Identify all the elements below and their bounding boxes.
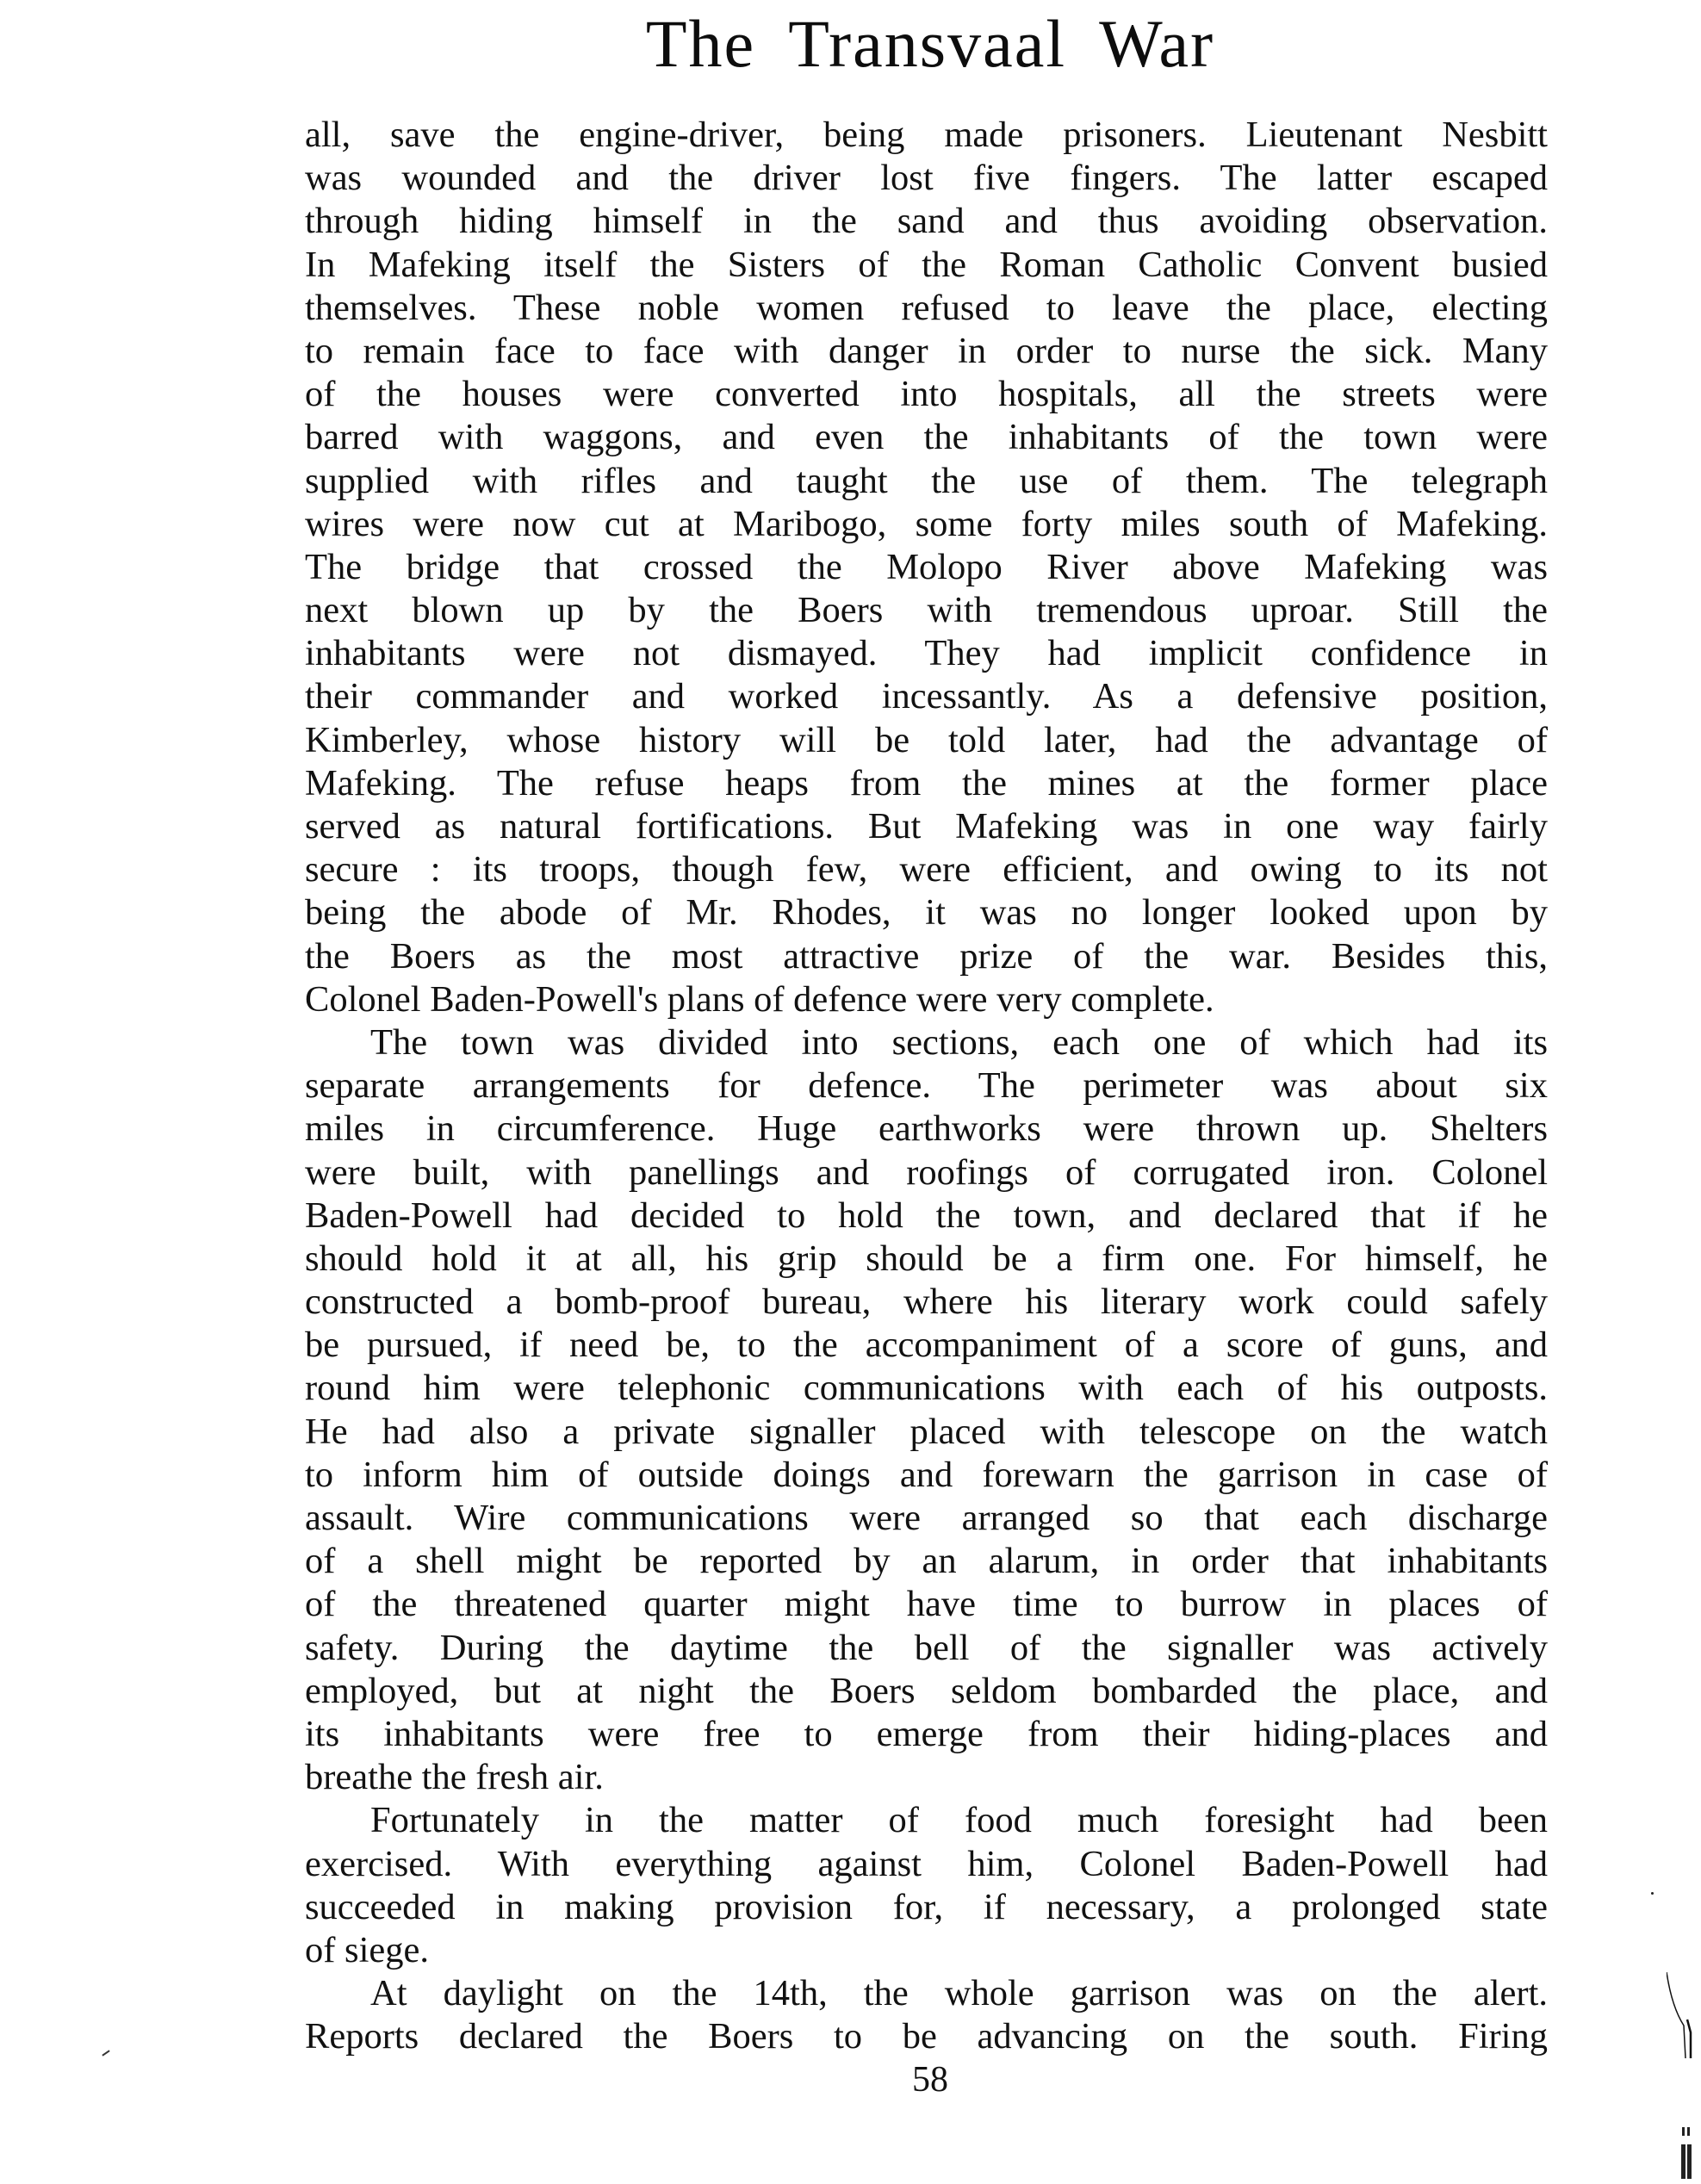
text-line: Kimberley, whose history will be told la… xyxy=(305,719,1548,762)
text-line: all, save the engine-driver, being made … xyxy=(305,114,1548,157)
page-edge-artifact xyxy=(1667,1972,1701,2184)
page-number: 58 xyxy=(0,2058,1701,2101)
text-line: The bridge that crossed the Molopo River… xyxy=(305,546,1548,589)
text-line: assault. Wire communications were arrang… xyxy=(305,1497,1548,1540)
text-line: secure : its troops, though few, were ef… xyxy=(305,848,1548,891)
text-line: should hold it at all, his grip should b… xyxy=(305,1238,1548,1281)
text-line: themselves. These noble women refused to… xyxy=(305,287,1548,330)
text-line: constructed a bomb-proof bureau, where h… xyxy=(305,1281,1548,1324)
text-line: Colonel Baden-Powell's plans of defence … xyxy=(305,978,1548,1021)
text-line: of the threatened quarter might have tim… xyxy=(305,1583,1548,1626)
text-line: barred with waggons, and even the inhabi… xyxy=(305,416,1548,459)
text-line: Reports declared the Boers to be advanci… xyxy=(305,2015,1548,2058)
paragraph: The town was divided into sections, each… xyxy=(305,1021,1548,1799)
text-line: to inform him of outside doings and fore… xyxy=(305,1454,1548,1497)
text-line: separate arrangements for defence. The p… xyxy=(305,1064,1548,1108)
paragraph: At daylight on the 14th, the whole garri… xyxy=(305,1972,1548,2058)
text-line: to remain face to face with danger in or… xyxy=(305,330,1548,373)
paragraph: all, save the engine-driver, being made … xyxy=(305,114,1548,1021)
text-line: At daylight on the 14th, the whole garri… xyxy=(305,1972,1548,2015)
text-line: He had also a private signaller placed w… xyxy=(305,1411,1548,1454)
text-line: of the houses were converted into hospit… xyxy=(305,373,1548,416)
text-line: being the abode of Mr. Rhodes, it was no… xyxy=(305,891,1548,934)
text-line: In Mafeking itself the Sisters of the Ro… xyxy=(305,244,1548,287)
text-line: of siege. xyxy=(305,1929,1548,1972)
text-line: The town was divided into sections, each… xyxy=(305,1021,1548,1064)
text-line: safety. During the daytime the bell of t… xyxy=(305,1627,1548,1670)
text-line: its inhabitants were free to emerge from… xyxy=(305,1713,1548,1756)
text-line: round him were telephonic communications… xyxy=(305,1367,1548,1410)
text-line: was wounded and the driver lost five fin… xyxy=(305,157,1548,200)
text-line: Fortunately in the matter of food much f… xyxy=(305,1799,1548,1842)
paragraph: Fortunately in the matter of food much f… xyxy=(305,1799,1548,1972)
text-line: of a shell might be reported by an alaru… xyxy=(305,1540,1548,1583)
text-line: succeeded in making provision for, if ne… xyxy=(305,1886,1548,1929)
scan-dot xyxy=(1651,1892,1654,1895)
text-line: were built, with panellings and roofings… xyxy=(305,1151,1548,1194)
text-line: miles in circumference. Huge earthworks … xyxy=(305,1108,1548,1151)
text-line: their commander and worked incessantly. … xyxy=(305,675,1548,718)
text-line: Baden-Powell had decided to hold the tow… xyxy=(305,1194,1548,1238)
running-head: The Transvaal War xyxy=(0,5,1701,83)
text-line: be pursued, if need be, to the accompani… xyxy=(305,1324,1548,1367)
text-line: through hiding himself in the sand and t… xyxy=(305,200,1548,243)
text-line: wires were now cut at Maribogo, some for… xyxy=(305,503,1548,546)
scan-mark xyxy=(102,2050,109,2056)
text-line: inhabitants were not dismayed. They had … xyxy=(305,632,1548,675)
text-line: supplied with rifles and taught the use … xyxy=(305,460,1548,503)
text-line: breathe the fresh air. xyxy=(305,1756,1548,1799)
text-line: served as natural fortifications. But Ma… xyxy=(305,805,1548,848)
text-line: Mafeking. The refuse heaps from the mine… xyxy=(305,762,1548,805)
body-text: all, save the engine-driver, being made … xyxy=(305,114,1548,2058)
text-line: employed, but at night the Boers seldom … xyxy=(305,1670,1548,1713)
text-line: next blown up by the Boers with tremendo… xyxy=(305,589,1548,632)
text-line: the Boers as the most attractive prize o… xyxy=(305,935,1548,978)
text-line: exercised. With everything against him, … xyxy=(305,1843,1548,1886)
